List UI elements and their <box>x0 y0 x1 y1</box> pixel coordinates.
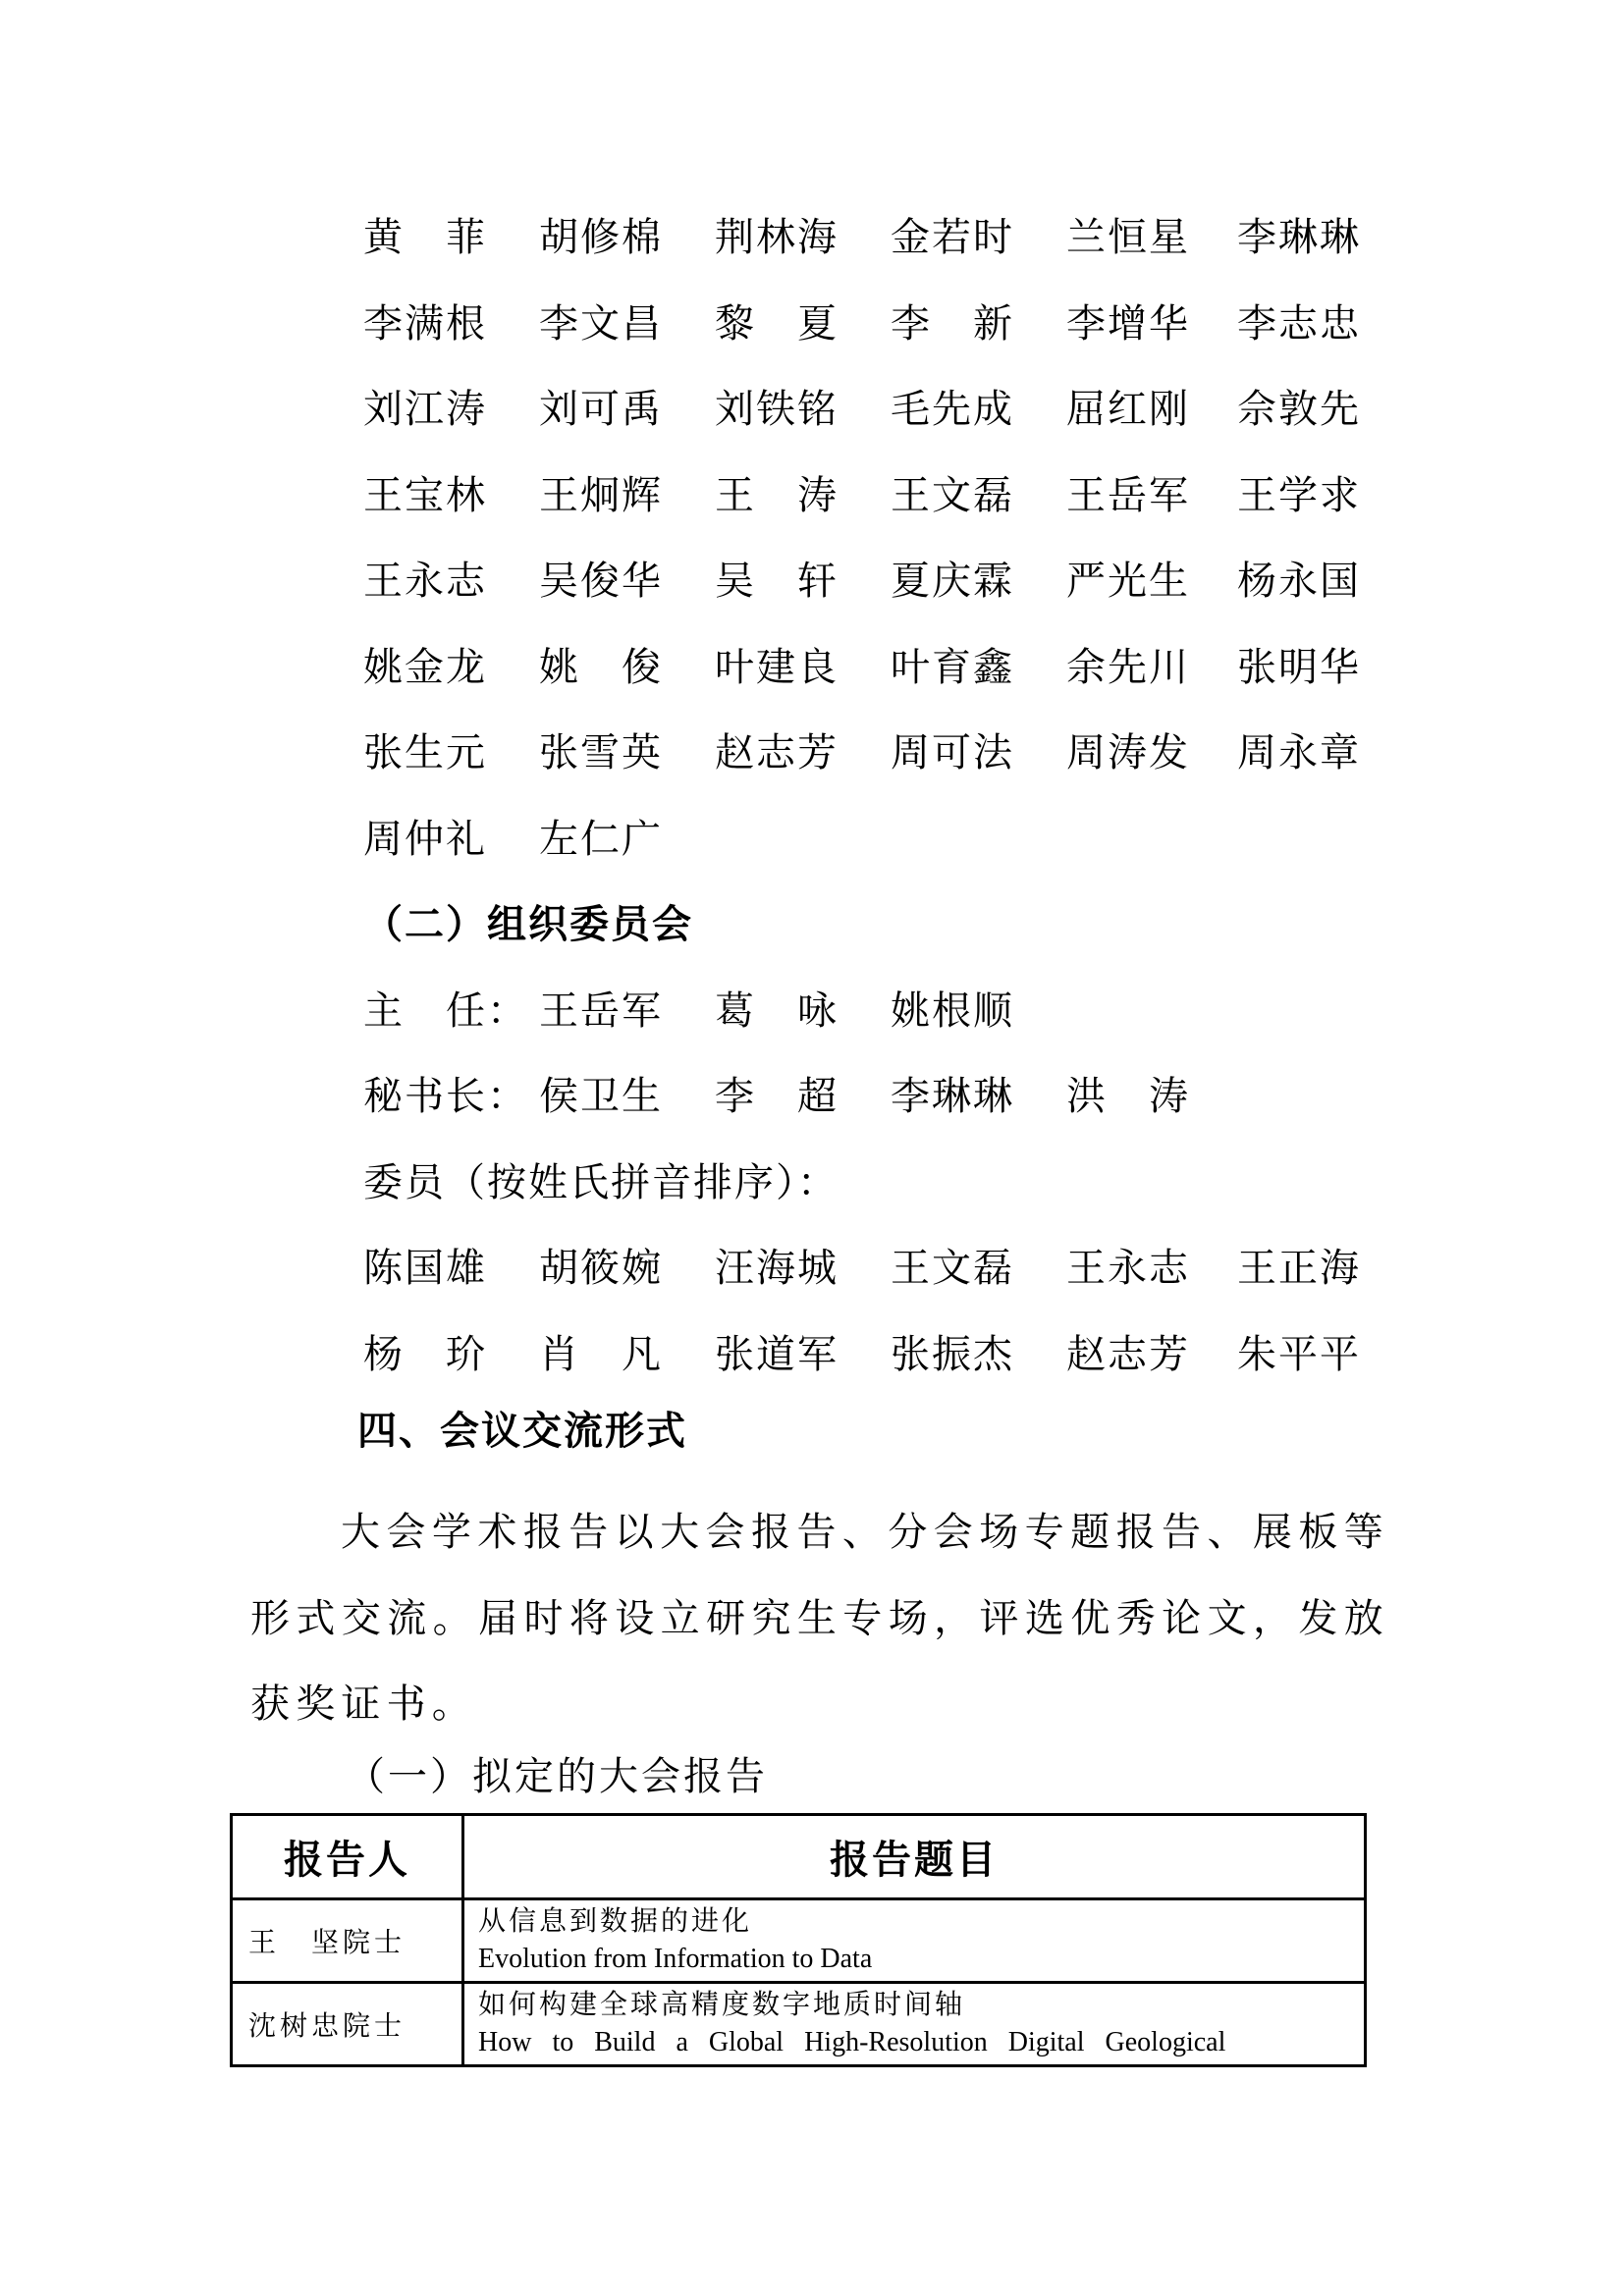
member-name: 左仁广 <box>539 810 663 869</box>
member-name: 王宝林 <box>363 466 487 525</box>
report-title-en: How to Build a Global High-Resolution Di… <box>478 2023 1356 2062</box>
name-row: 刘江涛 刘可禹 刘铁铭 毛先成 屈红刚 佘敦先 <box>363 380 1375 466</box>
secretary-name: 洪 涛 <box>1066 1067 1190 1126</box>
member-name: 汪海城 <box>715 1239 839 1298</box>
member-name: 周可法 <box>891 723 1014 782</box>
member-name: 朱平平 <box>1237 1325 1361 1384</box>
document-page: 黄 菲 胡修棉 荆林海 金若时 兰恒星 李琳琳 李满根 李文昌 黎 夏 李 新 … <box>0 0 1624 2296</box>
table-row: 沈树忠院士 如何构建全球高精度数字地质时间轴 How to Build a Gl… <box>232 1983 1366 2066</box>
member-name: 李增华 <box>1066 294 1190 353</box>
member-name: 毛先成 <box>891 380 1014 439</box>
member-name: 刘江涛 <box>363 380 487 439</box>
name-row: 陈国雄 胡筱婉 汪海城 王文磊 王永志 王正海 <box>363 1239 1375 1325</box>
member-name: 肖 凡 <box>539 1325 663 1384</box>
column-header-speaker: 报告人 <box>232 1815 463 1899</box>
member-name: 王文磊 <box>891 466 1014 525</box>
organizing-committee-heading: （二）组织委员会 <box>363 895 693 954</box>
member-name: 屈红刚 <box>1066 380 1190 439</box>
name-row: 王永志 吴俊华 吴 轩 夏庆霖 严光生 杨永国 <box>363 552 1375 638</box>
member-name: 李琳琳 <box>1237 208 1361 267</box>
member-name: 张道军 <box>715 1325 839 1384</box>
member-name: 张振杰 <box>891 1325 1014 1384</box>
member-name: 刘可禹 <box>539 380 663 439</box>
name-row: 周仲礼 左仁广 <box>363 810 1375 896</box>
member-name: 佘敦先 <box>1237 380 1361 439</box>
member-name: 刘铁铭 <box>715 380 839 439</box>
member-name: 叶育鑫 <box>891 638 1014 697</box>
secretaries-label: 秘书长： <box>363 1067 528 1126</box>
organizing-members-grid: 陈国雄 胡筱婉 汪海城 王文磊 王永志 王正海 杨 玠 肖 凡 张道军 张振杰 … <box>363 1239 1375 1411</box>
name-row: 黄 菲 胡修棉 荆林海 金若时 兰恒星 李琳琳 <box>363 208 1375 294</box>
speaker-cell: 沈树忠院士 <box>232 1983 463 2066</box>
title-cell: 如何构建全球高精度数字地质时间轴 How to Build a Global H… <box>463 1983 1366 2066</box>
member-name: 王炯辉 <box>539 466 663 525</box>
member-name: 叶建良 <box>715 638 839 697</box>
member-name: 姚金龙 <box>363 638 487 697</box>
member-name: 王 涛 <box>715 466 839 525</box>
member-name: 严光生 <box>1066 552 1190 611</box>
plenary-reports-table: 报告人 报告题目 王 坚院士 从信息到数据的进化 Evolution from … <box>230 1813 1367 2067</box>
section-four-paragraph: 大会学术报告以大会报告、分会场专题报告、展板等形式交流。届时将设立研究生专场，评… <box>250 1490 1389 1748</box>
member-name: 李文昌 <box>539 294 663 353</box>
member-name: 周仲礼 <box>363 810 487 869</box>
table-header-row: 报告人 报告题目 <box>232 1815 1366 1899</box>
member-name: 张明华 <box>1237 638 1361 697</box>
member-name: 李满根 <box>363 294 487 353</box>
speaker-cell: 王 坚院士 <box>232 1899 463 1983</box>
name-row: 姚金龙 姚 俊 叶建良 叶育鑫 余先川 张明华 <box>363 638 1375 724</box>
member-name: 张雪英 <box>539 723 663 782</box>
member-name: 金若时 <box>891 208 1014 267</box>
name-row: 李满根 李文昌 黎 夏 李 新 李增华 李志忠 <box>363 294 1375 381</box>
member-name: 杨 玠 <box>363 1325 487 1384</box>
member-name: 黄 菲 <box>363 208 487 267</box>
report-title-zh: 从信息到数据的进化 <box>478 1902 1356 1940</box>
member-name: 王正海 <box>1237 1239 1361 1298</box>
member-name: 胡修棉 <box>539 208 663 267</box>
member-name: 胡筱婉 <box>539 1239 663 1298</box>
member-name: 夏庆霖 <box>891 552 1014 611</box>
member-name: 王永志 <box>363 552 487 611</box>
member-name: 黎 夏 <box>715 294 839 353</box>
members-label: 委员（按姓氏拼音排序）： <box>363 1153 839 1212</box>
member-name: 赵志芳 <box>1066 1325 1190 1384</box>
member-name: 王文磊 <box>891 1239 1014 1298</box>
member-name: 兰恒星 <box>1066 208 1190 267</box>
directors-label: 主 任： <box>363 982 528 1041</box>
member-name: 余先川 <box>1066 638 1190 697</box>
column-header-title: 报告题目 <box>463 1815 1366 1899</box>
advisory-committee-name-grid: 黄 菲 胡修棉 荆林海 金若时 兰恒星 李琳琳 李满根 李文昌 黎 夏 李 新 … <box>363 208 1375 895</box>
member-name: 赵志芳 <box>715 723 839 782</box>
member-name: 吴 轩 <box>715 552 839 611</box>
secretary-name: 李 超 <box>715 1067 839 1126</box>
name-row: 张生元 张雪英 赵志芳 周可法 周涛发 周永章 <box>363 723 1375 810</box>
member-name: 王永志 <box>1066 1239 1190 1298</box>
report-title-zh: 如何构建全球高精度数字地质时间轴 <box>478 1986 1356 2023</box>
report-title-en: Evolution from Information to Data <box>478 1940 1356 1979</box>
member-name: 陈国雄 <box>363 1239 487 1298</box>
member-name: 王岳军 <box>1066 466 1190 525</box>
director-name: 姚根顺 <box>891 982 1014 1041</box>
member-name: 吴俊华 <box>539 552 663 611</box>
member-name: 周永章 <box>1237 723 1361 782</box>
director-name: 葛 咏 <box>715 982 839 1041</box>
title-cell: 从信息到数据的进化 Evolution from Information to … <box>463 1899 1366 1983</box>
member-name: 李志忠 <box>1237 294 1361 353</box>
section-four-heading: 四、会议交流形式 <box>357 1402 687 1461</box>
member-name: 周涛发 <box>1066 723 1190 782</box>
member-name: 张生元 <box>363 723 487 782</box>
director-name: 王岳军 <box>539 982 663 1041</box>
member-name: 李 新 <box>891 294 1014 353</box>
secretary-name: 李琳琳 <box>891 1067 1014 1126</box>
name-row: 杨 玠 肖 凡 张道军 张振杰 赵志芳 朱平平 <box>363 1325 1375 1412</box>
member-name: 杨永国 <box>1237 552 1361 611</box>
member-name: 王学求 <box>1237 466 1361 525</box>
name-row: 王宝林 王炯辉 王 涛 王文磊 王岳军 王学求 <box>363 466 1375 553</box>
plenary-reports-subheading: （一）拟定的大会报告 <box>346 1747 768 1806</box>
secretary-name: 侯卫生 <box>539 1067 663 1126</box>
member-name: 姚 俊 <box>539 638 663 697</box>
table-row: 王 坚院士 从信息到数据的进化 Evolution from Informati… <box>232 1899 1366 1983</box>
member-name: 荆林海 <box>715 208 839 267</box>
